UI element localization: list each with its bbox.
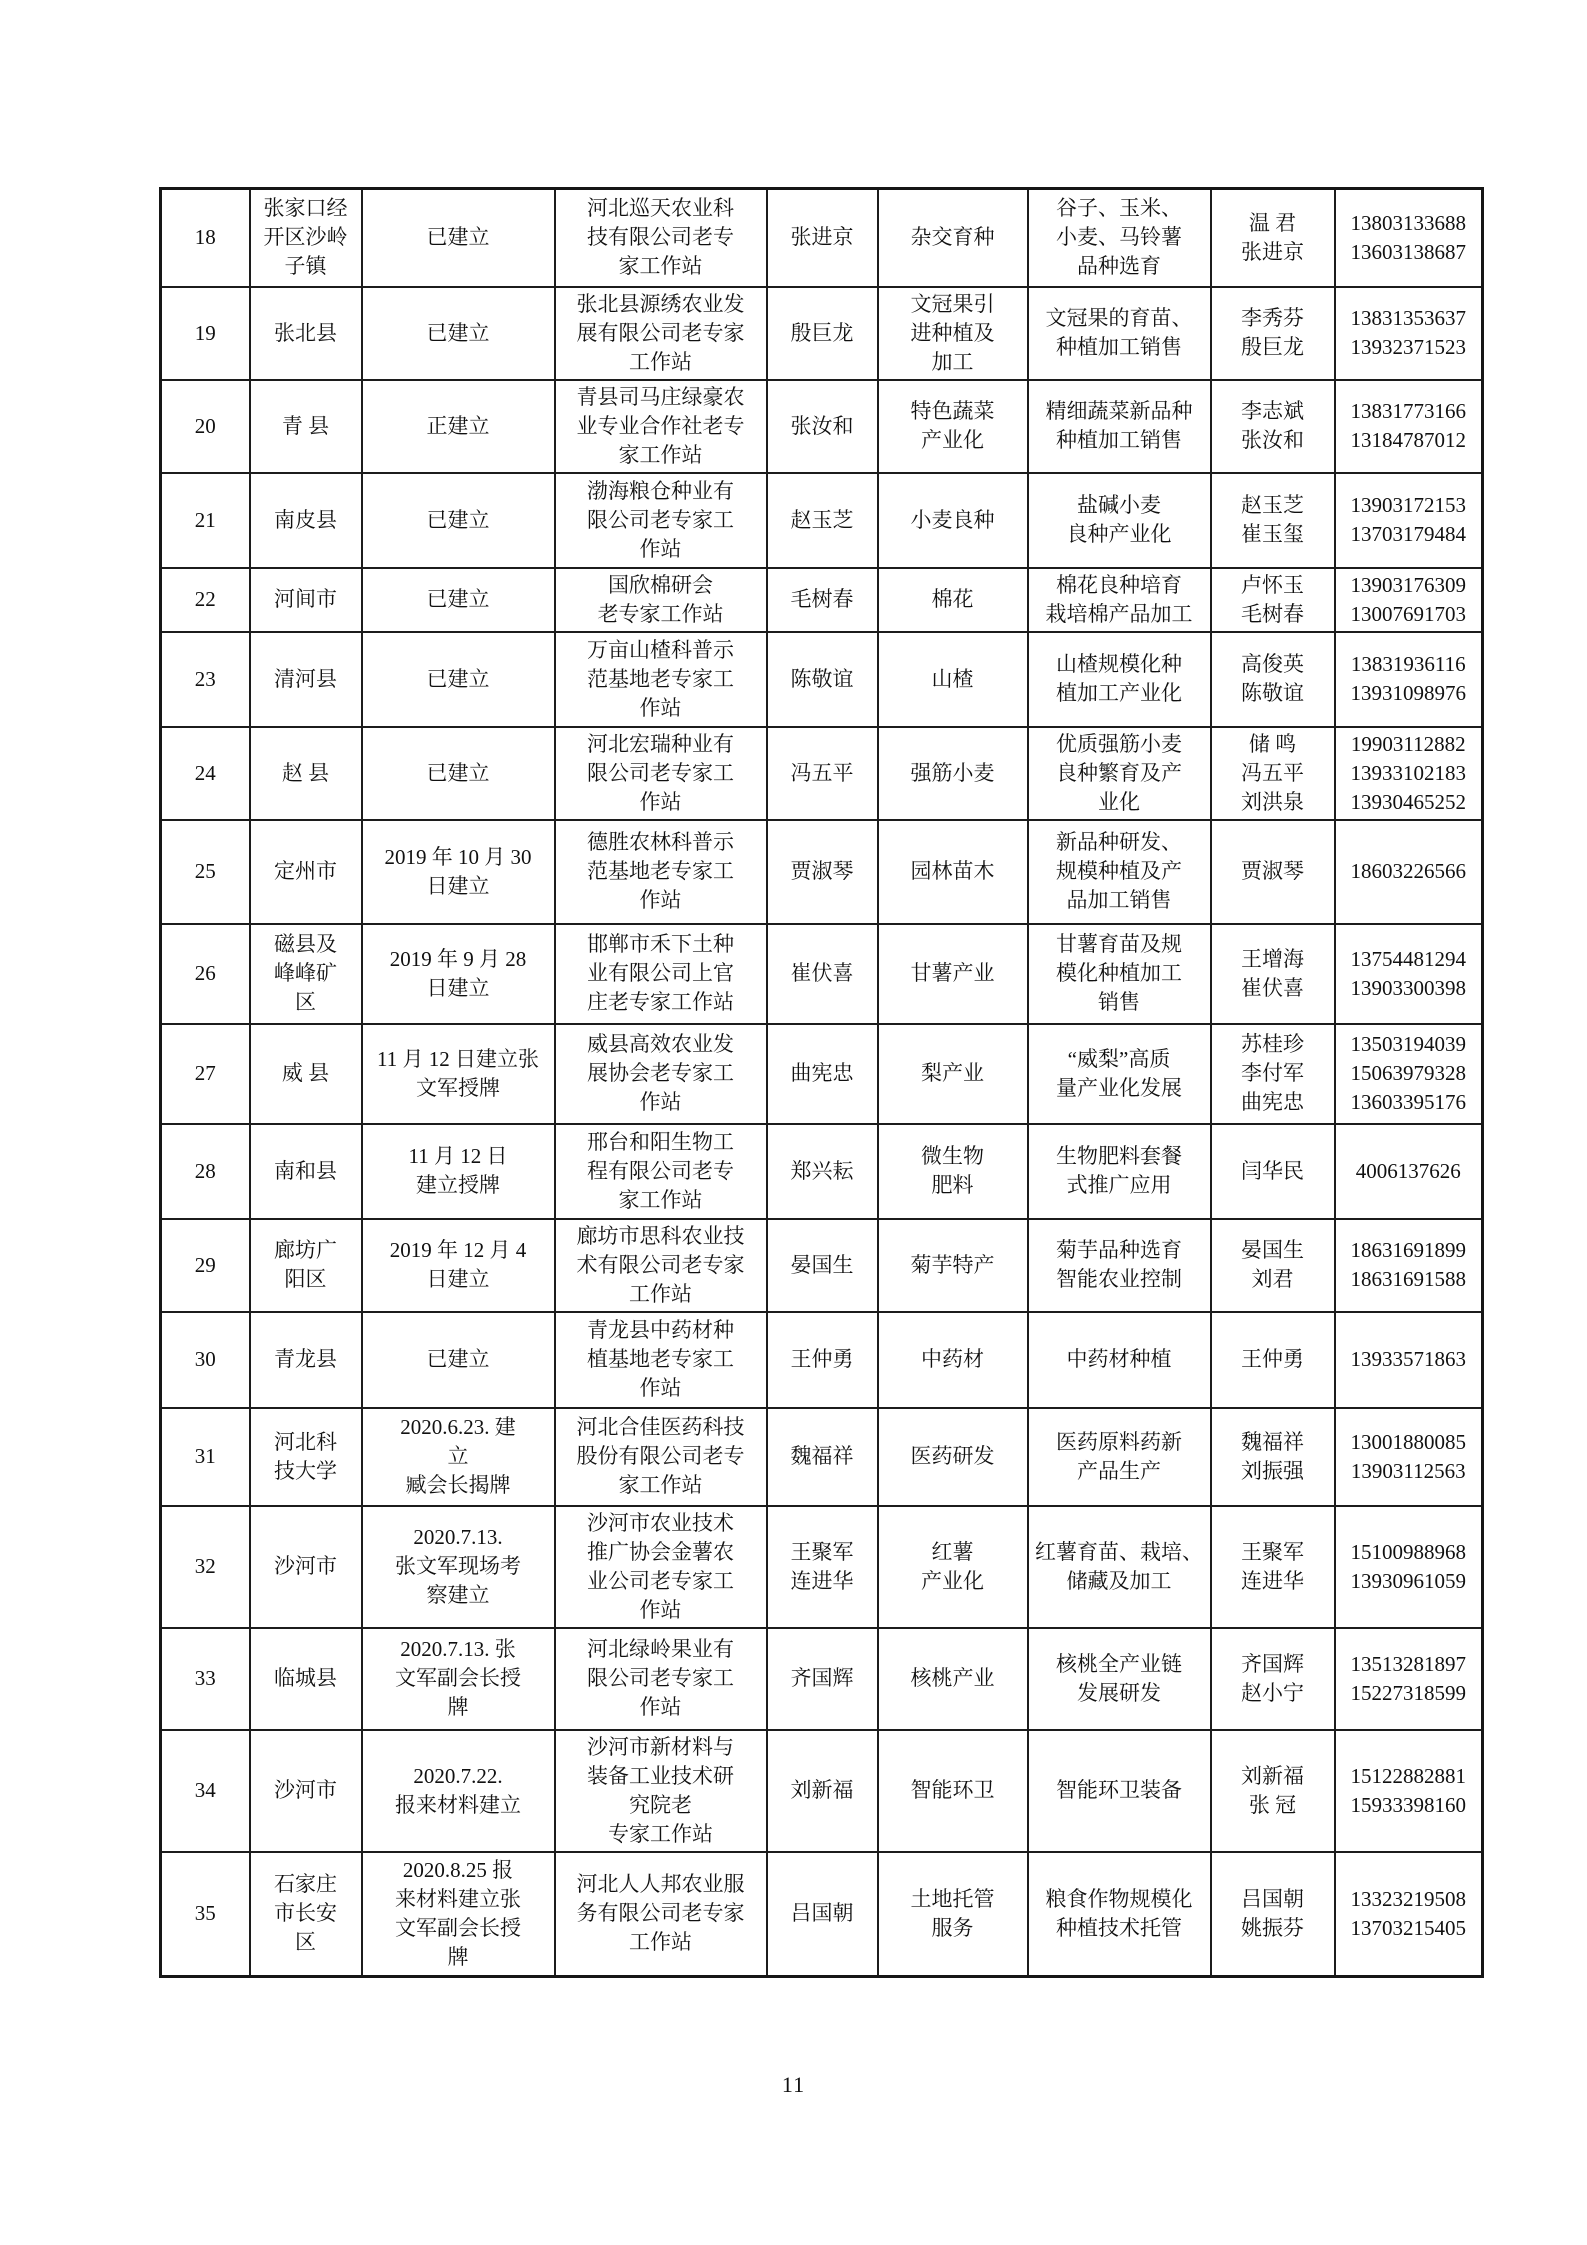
cell-status: 2020.7.13. 张文军现场考 察建立 (362, 1506, 555, 1628)
cell-station: 渤海粮仓种业有 限公司老专家工 作站 (555, 473, 767, 568)
table-row: 24赵 县已建立河北宏瑞种业有 限公司老专家工 作站冯五平强筋小麦优质强筋小麦 … (161, 727, 1483, 820)
cell-region: 清河县 (250, 632, 362, 727)
cell-industry: 核桃产业 (878, 1628, 1028, 1730)
cell-region: 青龙县 (250, 1312, 362, 1408)
cell-no: 35 (161, 1852, 250, 1977)
cell-contacts: 贾淑琴 (1211, 820, 1335, 924)
cell-no: 25 (161, 820, 250, 924)
cell-business: 粮食作物规模化 种植技术托管 (1028, 1852, 1211, 1977)
cell-business: 甘薯育苗及规 模化种植加工 销售 (1028, 924, 1211, 1024)
cell-phones: 13503194039 15063979328 13603395176 (1335, 1024, 1483, 1124)
cell-status: 已建立 (362, 473, 555, 568)
cell-region: 定州市 (250, 820, 362, 924)
cell-no: 22 (161, 568, 250, 632)
cell-phones: 13831936116 13931098976 (1335, 632, 1483, 727)
cell-region: 张家口经 开区沙岭 子镇 (250, 189, 362, 287)
cell-industry: 红薯 产业化 (878, 1506, 1028, 1628)
cell-region: 南和县 (250, 1124, 362, 1219)
cell-region: 青 县 (250, 380, 362, 473)
cell-business: 生物肥料套餐 式推广应用 (1028, 1124, 1211, 1219)
cell-station: 青县司马庄绿豪农 业专业合作社老专 家工作站 (555, 380, 767, 473)
cell-industry: 土地托管 服务 (878, 1852, 1028, 1977)
cell-industry: 山楂 (878, 632, 1028, 727)
cell-no: 18 (161, 189, 250, 287)
cell-industry: 杂交育种 (878, 189, 1028, 287)
cell-industry: 强筋小麦 (878, 727, 1028, 820)
table-body: 18张家口经 开区沙岭 子镇已建立河北巡天农业科 技有限公司老专 家工作站张进京… (161, 189, 1483, 1977)
table-row: 25定州市2019 年 10 月 30 日建立德胜农林科普示 范基地老专家工 作… (161, 820, 1483, 924)
cell-contacts: 储 鸣 冯五平 刘洪泉 (1211, 727, 1335, 820)
cell-no: 28 (161, 1124, 250, 1219)
cell-business: 红薯育苗、栽培、 储藏及加工 (1028, 1506, 1211, 1628)
cell-status: 已建立 (362, 287, 555, 380)
cell-contacts: 李秀芬 殷巨龙 (1211, 287, 1335, 380)
cell-contacts: 赵玉芝 崔玉玺 (1211, 473, 1335, 568)
cell-business: 盐碱小麦 良种产业化 (1028, 473, 1211, 568)
cell-expert: 曲宪忠 (767, 1024, 878, 1124)
cell-station: 德胜农林科普示 范基地老专家工 作站 (555, 820, 767, 924)
cell-station: 廊坊市思科农业技 术有限公司老专家 工作站 (555, 1219, 767, 1312)
cell-status: 已建立 (362, 632, 555, 727)
cell-status: 正建立 (362, 380, 555, 473)
cell-no: 21 (161, 473, 250, 568)
cell-no: 27 (161, 1024, 250, 1124)
cell-industry: 微生物 肥料 (878, 1124, 1028, 1219)
cell-region: 沙河市 (250, 1730, 362, 1852)
cell-status: 11 月 12 日 建立授牌 (362, 1124, 555, 1219)
table-row: 23清河县已建立万亩山楂科普示 范基地老专家工 作站陈敬谊山楂山楂规模化种 植加… (161, 632, 1483, 727)
cell-phones: 18631691899 18631691588 (1335, 1219, 1483, 1312)
cell-station: 河北绿岭果业有 限公司老专家工 作站 (555, 1628, 767, 1730)
document-page: 18张家口经 开区沙岭 子镇已建立河北巡天农业科 技有限公司老专 家工作站张进京… (0, 0, 1587, 2245)
cell-phones: 13831773166 13184787012 (1335, 380, 1483, 473)
cell-business: 棉花良种培育 栽培棉产品加工 (1028, 568, 1211, 632)
cell-phones: 13831353637 13932371523 (1335, 287, 1483, 380)
cell-industry: 医药研发 (878, 1408, 1028, 1506)
table-row: 33临城县2020.7.13. 张 文军副会长授 牌河北绿岭果业有 限公司老专家… (161, 1628, 1483, 1730)
cell-expert: 冯五平 (767, 727, 878, 820)
cell-expert: 吕国朝 (767, 1852, 878, 1977)
cell-phones: 13323219508 13703215405 (1335, 1852, 1483, 1977)
table-row: 22河间市已建立国欣棉研会 老专家工作站毛树春棉花棉花良种培育 栽培棉产品加工卢… (161, 568, 1483, 632)
cell-region: 河间市 (250, 568, 362, 632)
cell-no: 33 (161, 1628, 250, 1730)
cell-no: 32 (161, 1506, 250, 1628)
cell-status: 已建立 (362, 1312, 555, 1408)
cell-station: 国欣棉研会 老专家工作站 (555, 568, 767, 632)
cell-status: 2020.7.13. 张 文军副会长授 牌 (362, 1628, 555, 1730)
cell-industry: 甘薯产业 (878, 924, 1028, 1024)
cell-region: 磁县及 峰峰矿 区 (250, 924, 362, 1024)
cell-phones: 13903172153 13703179484 (1335, 473, 1483, 568)
cell-phones: 13513281897 15227318599 (1335, 1628, 1483, 1730)
cell-region: 廊坊广 阳区 (250, 1219, 362, 1312)
table-row: 19张北县已建立张北县源绣农业发 展有限公司老专家 工作站殷巨龙文冠果引 进种植… (161, 287, 1483, 380)
cell-expert: 晏国生 (767, 1219, 878, 1312)
cell-expert: 陈敬谊 (767, 632, 878, 727)
cell-status: 已建立 (362, 568, 555, 632)
cell-contacts: 晏国生 刘君 (1211, 1219, 1335, 1312)
cell-expert: 王聚军 连进华 (767, 1506, 878, 1628)
table-row: 31河北科 技大学2020.6.23. 建 立 臧会长揭牌河北合佳医药科技 股份… (161, 1408, 1483, 1506)
cell-phones: 15100988968 13930961059 (1335, 1506, 1483, 1628)
cell-phones: 13933571863 (1335, 1312, 1483, 1408)
cell-status: 11 月 12 日建立张 文军授牌 (362, 1024, 555, 1124)
table-row: 20青 县正建立青县司马庄绿豪农 业专业合作社老专 家工作站张汝和特色蔬菜 产业… (161, 380, 1483, 473)
cell-no: 34 (161, 1730, 250, 1852)
cell-region: 张北县 (250, 287, 362, 380)
cell-business: 智能环卫装备 (1028, 1730, 1211, 1852)
cell-station: 青龙县中药材种 植基地老专家工 作站 (555, 1312, 767, 1408)
cell-station: 河北巡天农业科 技有限公司老专 家工作站 (555, 189, 767, 287)
cell-station: 万亩山楂科普示 范基地老专家工 作站 (555, 632, 767, 727)
cell-business: 精细蔬菜新品种 种植加工销售 (1028, 380, 1211, 473)
cell-status: 2020.7.22. 报来材料建立 (362, 1730, 555, 1852)
cell-business: 山楂规模化种 植加工产业化 (1028, 632, 1211, 727)
cell-status: 2019 年 10 月 30 日建立 (362, 820, 555, 924)
cell-phones: 13803133688 13603138687 (1335, 189, 1483, 287)
cell-contacts: 刘新福 张 冠 (1211, 1730, 1335, 1852)
cell-expert: 毛树春 (767, 568, 878, 632)
table-row: 28南和县11 月 12 日 建立授牌邢台和阳生物工 程有限公司老专 家工作站郑… (161, 1124, 1483, 1219)
cell-no: 20 (161, 380, 250, 473)
cell-status: 2020.6.23. 建 立 臧会长揭牌 (362, 1408, 555, 1506)
cell-expert: 殷巨龙 (767, 287, 878, 380)
cell-expert: 贾淑琴 (767, 820, 878, 924)
cell-contacts: 闫华民 (1211, 1124, 1335, 1219)
cell-contacts: 王增海 崔伏喜 (1211, 924, 1335, 1024)
cell-industry: 中药材 (878, 1312, 1028, 1408)
cell-business: 文冠果的育苗、 种植加工销售 (1028, 287, 1211, 380)
cell-station: 河北合佳医药科技 股份有限公司老专 家工作站 (555, 1408, 767, 1506)
cell-contacts: 苏桂珍 李付军 曲宪忠 (1211, 1024, 1335, 1124)
cell-industry: 文冠果引 进种植及 加工 (878, 287, 1028, 380)
cell-station: 沙河市农业技术 推广协会金薯农 业公司老专家工 作站 (555, 1506, 767, 1628)
cell-business: 菊芋品种选育 智能农业控制 (1028, 1219, 1211, 1312)
cell-business: 优质强筋小麦 良种繁育及产 业化 (1028, 727, 1211, 820)
cell-region: 临城县 (250, 1628, 362, 1730)
table-row: 35石家庄 市长安 区2020.8.25 报 来材料建立张 文军副会长授 牌河北… (161, 1852, 1483, 1977)
cell-no: 26 (161, 924, 250, 1024)
cell-industry: 特色蔬菜 产业化 (878, 380, 1028, 473)
cell-status: 2020.8.25 报 来材料建立张 文军副会长授 牌 (362, 1852, 555, 1977)
cell-contacts: 齐国辉 赵小宁 (1211, 1628, 1335, 1730)
cell-expert: 张进京 (767, 189, 878, 287)
cell-business: “威梨”高质 量产业化发展 (1028, 1024, 1211, 1124)
cell-region: 河北科 技大学 (250, 1408, 362, 1506)
table-row: 32沙河市2020.7.13. 张文军现场考 察建立沙河市农业技术 推广协会金薯… (161, 1506, 1483, 1628)
cell-region: 石家庄 市长安 区 (250, 1852, 362, 1977)
page-number: 11 (0, 2072, 1587, 2098)
cell-no: 29 (161, 1219, 250, 1312)
cell-status: 2019 年 12 月 4 日建立 (362, 1219, 555, 1312)
cell-expert: 郑兴耘 (767, 1124, 878, 1219)
table-row: 29廊坊广 阳区2019 年 12 月 4 日建立廊坊市思科农业技 术有限公司老… (161, 1219, 1483, 1312)
cell-no: 31 (161, 1408, 250, 1506)
workstation-table: 18张家口经 开区沙岭 子镇已建立河北巡天农业科 技有限公司老专 家工作站张进京… (159, 187, 1484, 1978)
cell-no: 30 (161, 1312, 250, 1408)
cell-contacts: 吕国朝 姚振芬 (1211, 1852, 1335, 1977)
cell-phones: 13903176309 13007691703 (1335, 568, 1483, 632)
cell-status: 已建立 (362, 189, 555, 287)
cell-industry: 小麦良种 (878, 473, 1028, 568)
cell-phones: 15122882881 15933398160 (1335, 1730, 1483, 1852)
cell-expert: 魏福祥 (767, 1408, 878, 1506)
cell-status: 2019 年 9 月 28 日建立 (362, 924, 555, 1024)
cell-industry: 智能环卫 (878, 1730, 1028, 1852)
table-row: 34沙河市2020.7.22. 报来材料建立沙河市新材料与 装备工业技术研 究院… (161, 1730, 1483, 1852)
table-row: 21南皮县已建立渤海粮仓种业有 限公司老专家工 作站赵玉芝小麦良种盐碱小麦 良种… (161, 473, 1483, 568)
cell-station: 邢台和阳生物工 程有限公司老专 家工作站 (555, 1124, 767, 1219)
cell-station: 河北宏瑞种业有 限公司老专家工 作站 (555, 727, 767, 820)
cell-station: 河北人人邦农业服 务有限公司老专家 工作站 (555, 1852, 767, 1977)
cell-region: 沙河市 (250, 1506, 362, 1628)
cell-expert: 张汝和 (767, 380, 878, 473)
cell-station: 邯郸市禾下土种 业有限公司上官 庄老专家工作站 (555, 924, 767, 1024)
cell-phones: 4006137626 (1335, 1124, 1483, 1219)
cell-contacts: 卢怀玉 毛树春 (1211, 568, 1335, 632)
cell-contacts: 魏福祥 刘振强 (1211, 1408, 1335, 1506)
cell-contacts: 王仲勇 (1211, 1312, 1335, 1408)
cell-contacts: 王聚军 连进华 (1211, 1506, 1335, 1628)
cell-industry: 园林苗木 (878, 820, 1028, 924)
cell-phones: 19903112882 13933102183 13930465252 (1335, 727, 1483, 820)
cell-phones: 13754481294 13903300398 (1335, 924, 1483, 1024)
cell-contacts: 高俊英 陈敬谊 (1211, 632, 1335, 727)
cell-expert: 刘新福 (767, 1730, 878, 1852)
cell-expert: 齐国辉 (767, 1628, 878, 1730)
cell-industry: 棉花 (878, 568, 1028, 632)
cell-phones: 13001880085 13903112563 (1335, 1408, 1483, 1506)
cell-region: 威 县 (250, 1024, 362, 1124)
cell-expert: 王仲勇 (767, 1312, 878, 1408)
cell-business: 中药材种植 (1028, 1312, 1211, 1408)
cell-industry: 梨产业 (878, 1024, 1028, 1124)
table-row: 27威 县11 月 12 日建立张 文军授牌威县高效农业发 展协会老专家工 作站… (161, 1024, 1483, 1124)
cell-region: 南皮县 (250, 473, 362, 568)
cell-station: 威县高效农业发 展协会老专家工 作站 (555, 1024, 767, 1124)
cell-expert: 崔伏喜 (767, 924, 878, 1024)
table-row: 18张家口经 开区沙岭 子镇已建立河北巡天农业科 技有限公司老专 家工作站张进京… (161, 189, 1483, 287)
cell-expert: 赵玉芝 (767, 473, 878, 568)
cell-no: 23 (161, 632, 250, 727)
cell-station: 沙河市新材料与 装备工业技术研 究院老 专家工作站 (555, 1730, 767, 1852)
cell-status: 已建立 (362, 727, 555, 820)
cell-no: 19 (161, 287, 250, 380)
cell-business: 医药原料药新 产品生产 (1028, 1408, 1211, 1506)
cell-industry: 菊芋特产 (878, 1219, 1028, 1312)
cell-business: 新品种研发、 规模种植及产 品加工销售 (1028, 820, 1211, 924)
cell-station: 张北县源绣农业发 展有限公司老专家 工作站 (555, 287, 767, 380)
cell-contacts: 李志斌 张汝和 (1211, 380, 1335, 473)
cell-contacts: 温 君 张进京 (1211, 189, 1335, 287)
table-row: 30青龙县已建立青龙县中药材种 植基地老专家工 作站王仲勇中药材中药材种植王仲勇… (161, 1312, 1483, 1408)
cell-region: 赵 县 (250, 727, 362, 820)
cell-business: 谷子、玉米、 小麦、马铃薯 品种选育 (1028, 189, 1211, 287)
cell-business: 核桃全产业链 发展研发 (1028, 1628, 1211, 1730)
cell-phones: 18603226566 (1335, 820, 1483, 924)
cell-no: 24 (161, 727, 250, 820)
table-row: 26磁县及 峰峰矿 区2019 年 9 月 28 日建立邯郸市禾下土种 业有限公… (161, 924, 1483, 1024)
